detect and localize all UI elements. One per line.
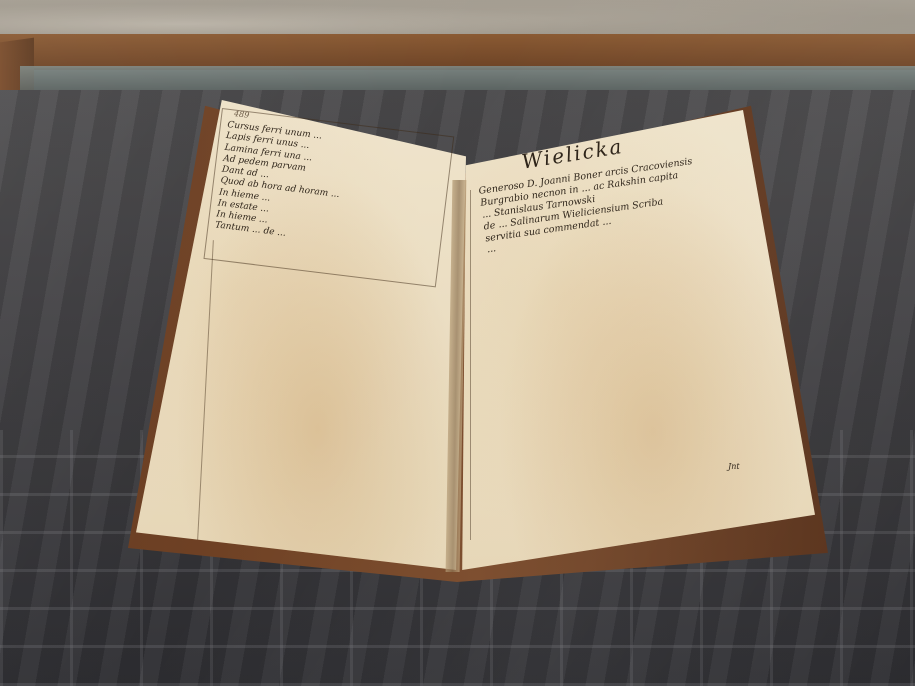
- catchword: Jnt: [728, 462, 740, 471]
- folio-number: 489: [234, 109, 250, 120]
- museum-display-photo: 489 Cursus ferri unum ... Lapis ferri un…: [0, 0, 915, 686]
- left-page-text: Cursus ferri unum ... Lapis ferri unus .…: [214, 120, 347, 246]
- right-margin-line: [470, 190, 471, 540]
- display-case-frame: [0, 34, 915, 70]
